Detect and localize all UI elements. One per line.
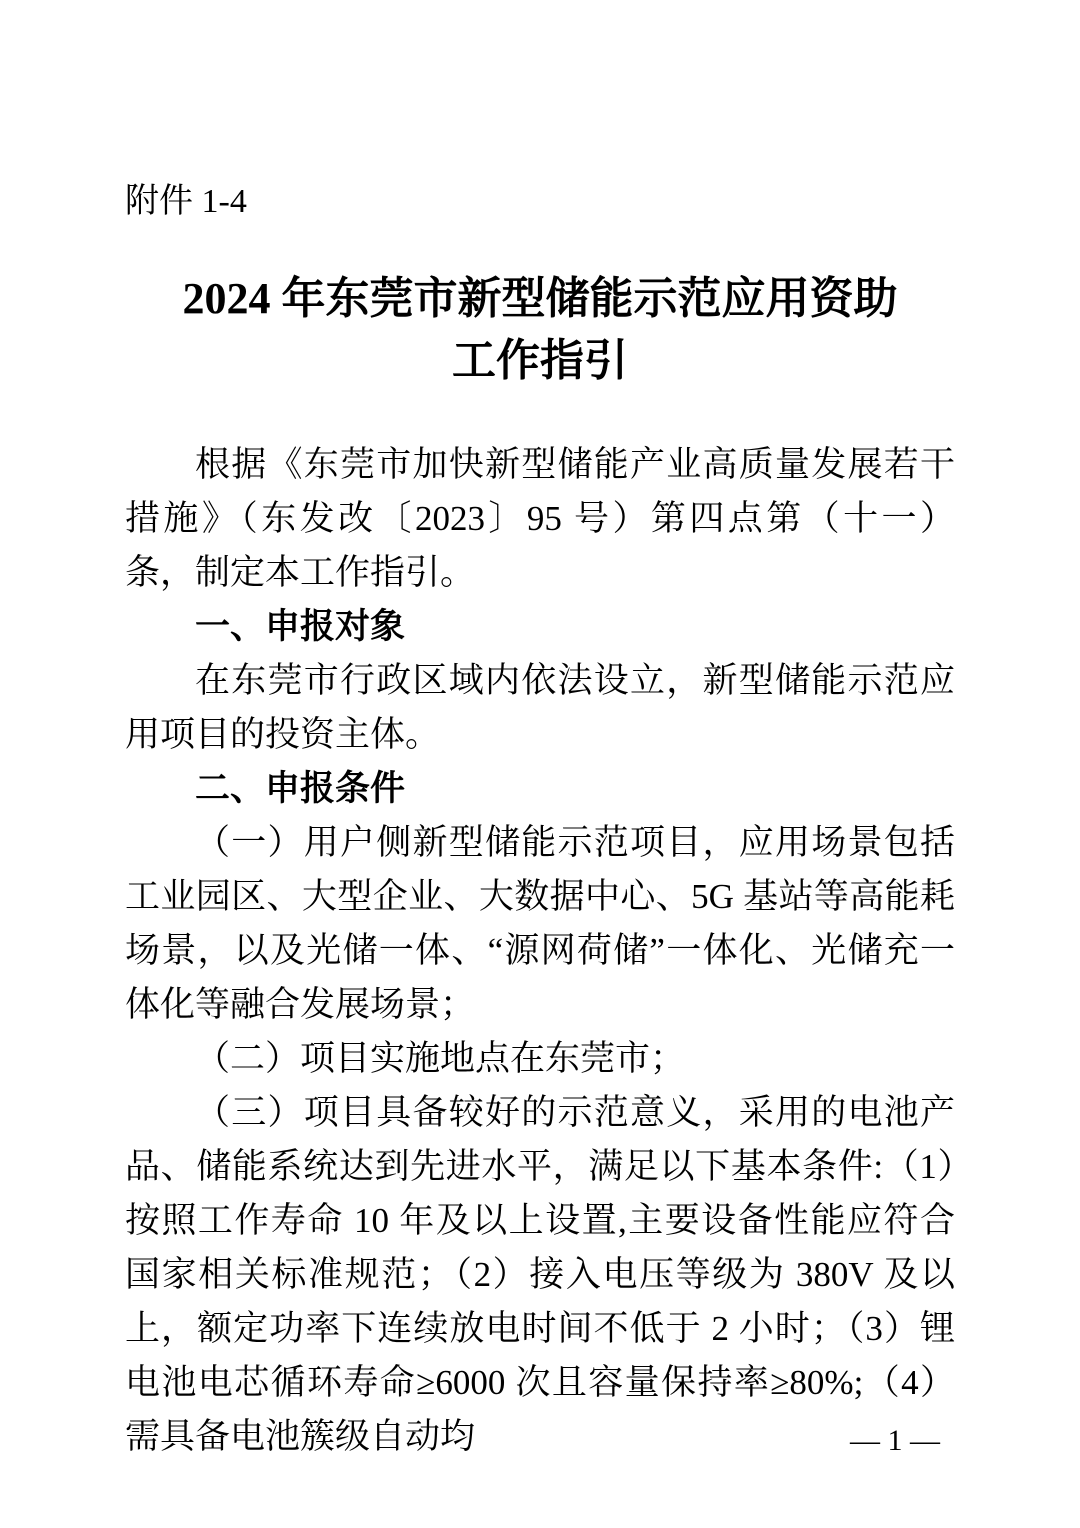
section-1-paragraph: 在东莞市行政区域内依法设立，新型储能示范应用项目的投资主体。 — [125, 654, 955, 762]
document-body: 根据《东莞市加快新型储能产业高质量发展若干措施》（东发改〔2023〕95 号）第… — [125, 438, 955, 1464]
document-title-line2: 工作指引 — [125, 330, 955, 392]
section-2-heading: 二、申报条件 — [125, 762, 955, 816]
section-2-condition-2: （二）项目实施地点在东莞市； — [125, 1032, 955, 1086]
document-title: 2024 年东莞市新型储能示范应用资助 工作指引 — [125, 268, 955, 392]
intro-paragraph: 根据《东莞市加快新型储能产业高质量发展若干措施》（东发改〔2023〕95 号）第… — [125, 438, 955, 600]
document-title-line1: 2024 年东莞市新型储能示范应用资助 — [125, 268, 955, 330]
document-page: 附件 1-4 2024 年东莞市新型储能示范应用资助 工作指引 根据《东莞市加快… — [0, 0, 1080, 1528]
page-number: — 1 — — [850, 1426, 940, 1456]
attachment-label: 附件 1-4 — [125, 0, 955, 224]
section-2-condition-3: （三）项目具备较好的示范意义，采用的电池产品、储能系统达到先进水平，满足以下基本… — [125, 1086, 955, 1464]
section-2-condition-1: （一）用户侧新型储能示范项目，应用场景包括工业园区、大型企业、大数据中心、5G … — [125, 816, 955, 1032]
document-content: 附件 1-4 2024 年东莞市新型储能示范应用资助 工作指引 根据《东莞市加快… — [0, 0, 1080, 1464]
section-1-heading: 一、申报对象 — [125, 600, 955, 654]
